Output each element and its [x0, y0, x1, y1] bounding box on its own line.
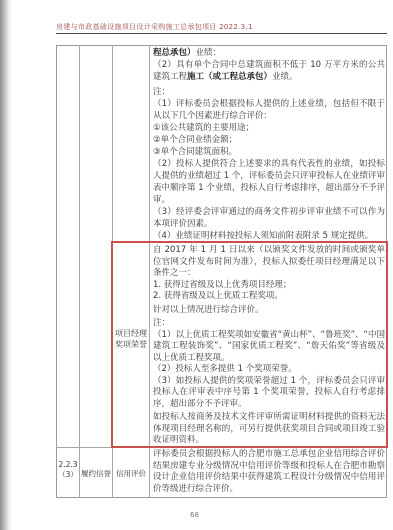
credit-row-index-line1: 2.2.3 — [56, 460, 80, 470]
award-note-2: （2）投标人至多提供 1 个奖项荣誉。 — [153, 364, 385, 376]
award-row-label-line2: 奖项荣誉 — [112, 339, 150, 350]
award-note-3: （3）如投标人提供的奖项荣誉超过 1 个，评标委员会只评审投标人在评审表中序号第… — [153, 376, 385, 411]
award-condition-2: 2. 获得省级及以上优质工程奖项。 — [153, 291, 385, 303]
performance-note-2: （2）投标人提供符合上述要求的具有代表性的业绩，如投标人提供的业绩超过 1 个，… — [153, 158, 385, 206]
award-line-1: 自 2017 年 1 月 1 日以来（以颁奖文件发放的时间或颁奖单位官网文件发布… — [153, 245, 385, 280]
award-note-label: 注： — [153, 318, 385, 330]
page-number: 68 — [190, 511, 199, 519]
performance-line-1: 程总承包）业绩： — [153, 47, 385, 59]
award-condition-1: 1. 获得过省级及以上优秀项目经理； — [153, 280, 385, 292]
performance-criteria-cell: 程总承包）业绩： （2）具有单个合同中总建筑面积不低于 10 万平方米的公共建筑… — [153, 47, 385, 242]
award-criteria-cell: 自 2017 年 1 月 1 日以来（以颁奖文件发放的时间或颁奖单位官网文件发布… — [153, 245, 385, 447]
credit-row-category: 履约信誉 — [79, 468, 113, 479]
credit-content: 评标委员会根据投标人的合肥市施工总承包企业信用综合评价结果房建专业分级情况中信用… — [153, 449, 385, 495]
performance-line-2-bold: 施工（或工程总承包） — [187, 72, 272, 82]
performance-note-1a: ①该公共建筑的主要用途； — [153, 122, 385, 134]
page-header-title: 房建与市政基础设施项目设计采购施工总承包项目 2022.3.1 — [56, 22, 376, 32]
performance-line-2-post: 业绩。 — [272, 72, 298, 82]
credit-criteria-cell: 评标委员会根据投标人的合肥市施工总承包企业信用综合评价结果房建专业分级情况中信用… — [153, 449, 385, 495]
performance-line-2: （2）具有单个合同中总建筑面积不低于 10 万平方米的公共建筑工程施工（或工程总… — [153, 59, 385, 83]
award-note-1: （1）以上优质工程奖项如安徽省“黄山杯”、“鲁班奖”、“中国建筑工程装饰奖”、“… — [153, 330, 385, 365]
award-row-label-line1: 项目经理 — [112, 328, 150, 339]
table-column-line-2 — [112, 45, 113, 498]
credit-row-index: 2.2.3 （3） — [56, 460, 80, 480]
performance-note-4: （4）业绩证明材料按投标人须知前附表附录 5 规定提供。 — [153, 230, 385, 242]
award-row-label: 项目经理 奖项荣誉 — [112, 328, 150, 350]
table-column-line-3 — [149, 45, 150, 498]
table-column-line-1 — [79, 45, 80, 498]
award-note-4: 如投标人按商务及技术文件评审所需证明材料提供的资料无法体现项目经理名称的，可另行… — [153, 412, 385, 447]
performance-note-label: 注： — [153, 86, 385, 98]
award-summary-line: 针对以上情况进行综合评价。 — [153, 305, 385, 317]
credit-row-index-line2: （3） — [56, 470, 80, 480]
table-row-line-credit — [56, 447, 387, 448]
performance-note-1b: ②单个合同业绩金额； — [153, 134, 385, 146]
performance-line-1-rest: 业绩： — [196, 48, 222, 58]
credit-row-label: 信用评价 — [112, 468, 150, 479]
header-rule — [56, 33, 387, 34]
document-page: 房建与市政基础设施项目设计采购施工总承包项目 2022.3.1 程总承包）业绩：… — [0, 0, 393, 530]
performance-note-1c: ③单个合同建筑面积。 — [153, 146, 385, 158]
performance-line-1-bold: 程总承包） — [153, 48, 196, 58]
performance-note-3: （3）经评委会评审通过的商务文件初步评审业绩不可以作为本项评价因素。 — [153, 206, 385, 230]
scan-edge-shadow — [0, 0, 12, 530]
performance-note-1: （1）评标委员会根据投标人提供的上述业绩，包括但不限于从以下几个因素进行综合评价… — [153, 98, 385, 122]
